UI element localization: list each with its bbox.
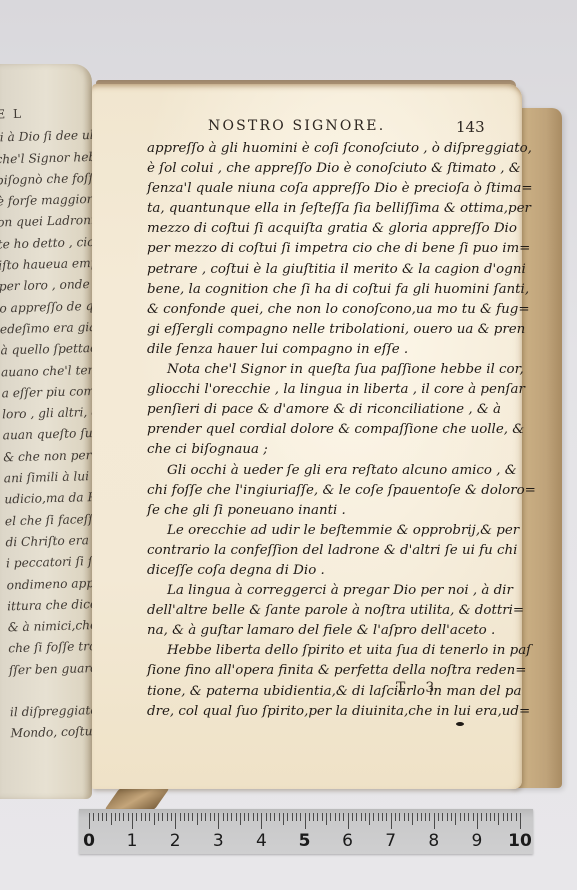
ruler-tick [279, 813, 280, 821]
text-line: è ſol colui , che appreſſo Dio è conoſci… [147, 159, 502, 179]
left-text-line: a eſſer piu compiu= [1, 381, 92, 405]
ruler-tick [296, 813, 297, 821]
ruler-tick [214, 813, 215, 821]
text-line: gi eſſergli compagno nelle tribolationi,… [147, 320, 502, 340]
ruler-tick [326, 813, 327, 825]
ruler-tick [417, 813, 418, 821]
left-text-line: ani ſimili à lui foſſe [4, 466, 92, 490]
text-line: dile ſenza hauer lui compagno in eſſe . [147, 340, 502, 360]
left-text-line: ondimeno appreſſo [6, 572, 92, 596]
ruler-tick [309, 813, 310, 821]
ruler-tick [473, 813, 474, 821]
ruler-label: 4 [256, 831, 267, 851]
ruler-tick [231, 813, 232, 821]
signature-glyph: T [396, 680, 405, 696]
ruler-tick [503, 813, 504, 821]
ruler-tick [223, 813, 224, 821]
ruler-tick [386, 813, 387, 821]
left-text-line: di Chriſto era in= [5, 530, 92, 554]
text-line: Le orecchie ad udir le beſtemmie & oppro… [147, 521, 502, 541]
ruler-tick [218, 813, 219, 829]
ruler-tick [382, 813, 383, 821]
left-text-line: auan queſto ſuo ſe= [2, 423, 92, 447]
right-page-body-text: appreſſo à gli huomini è coſi ſconoſciut… [147, 139, 502, 722]
ruler-tick [442, 813, 443, 821]
ruler-tick [197, 813, 198, 825]
text-line: penſieri di pace & d'amore & di riconcil… [147, 400, 502, 420]
left-text-line: che'l Signor heb [0, 147, 92, 171]
ruler-tick [490, 813, 491, 821]
ruler-tick [498, 813, 499, 825]
ruler-tick [98, 813, 99, 821]
ruler-tick [468, 813, 469, 821]
text-line: na, & à guſtar lamaro del fiele & l'aſpr… [147, 621, 502, 641]
text-line: dre, col qual ſuo ſpirito,per la diuinit… [147, 702, 502, 722]
ruler-tick [175, 813, 176, 829]
left-text-line: i peccatori ſi ſuo= [6, 551, 92, 575]
ruler-tick [180, 813, 181, 821]
ruler-tick [425, 813, 426, 821]
ruler-tick [162, 813, 163, 821]
ruler-tick [412, 813, 413, 825]
ruler-tick [361, 813, 362, 821]
ruler-tick [339, 813, 340, 821]
text-line: per mezzo di coſtui ſi impetra cio che d… [147, 239, 502, 259]
ruler-tick [451, 813, 452, 821]
ruler-tick [283, 813, 284, 825]
ruler-tick [520, 813, 521, 829]
left-text-line: ittura che dice, & [7, 594, 92, 618]
worm-hole-mark [456, 722, 464, 726]
ruler-tick [421, 813, 422, 821]
text-line: petrare , coſtui è la giuſtitia il merit… [147, 260, 502, 280]
ruler-tick [188, 813, 189, 821]
left-page: E L ti à Dio ſi dee ulche'l Signor hebbi… [0, 64, 92, 799]
ruler-label: 2 [170, 831, 181, 851]
ruler-tick [274, 813, 275, 821]
ruler-tick [365, 813, 366, 821]
ruler-tick [154, 813, 155, 825]
left-text-line: o appreſſo de quali [0, 296, 92, 320]
ruler-tick [395, 813, 396, 821]
ruler-tick [343, 813, 344, 821]
ruler-tick [404, 813, 405, 821]
ruler-tick [408, 813, 409, 821]
ruler-tick [305, 813, 306, 829]
ruler-label: 0 [83, 831, 95, 851]
text-line: ſione fino all'opera finita & perfetta d… [147, 661, 502, 681]
ruler-tick [158, 813, 159, 821]
signature-mark: T3 [396, 680, 454, 696]
ruler-tick [356, 813, 357, 821]
ruler-tick [115, 813, 116, 821]
ruler-tick [434, 813, 435, 829]
ruler-tick [89, 813, 90, 829]
ruler-label: 6 [342, 831, 353, 851]
binding-strap [104, 788, 169, 810]
left-page-text: E L ti à Dio ſi dee ulche'l Signor hebbi… [0, 102, 92, 745]
ruler-tick [236, 813, 237, 821]
ruler-tick [399, 813, 400, 821]
ruler-tick [429, 813, 430, 821]
ruler-tick [266, 813, 267, 821]
ruler-tick [227, 813, 228, 821]
ruler-tick [335, 813, 336, 821]
ruler-tick [132, 813, 133, 829]
left-text-line: che ſi foſſe trouato [8, 636, 92, 660]
signature-glyph: 3 [425, 680, 434, 696]
ruler-tick [391, 813, 392, 829]
text-line: Hebbe liberta dello ſpirito et uita ſua … [147, 641, 502, 661]
ruler-tick [481, 813, 482, 821]
book-photograph: E L ti à Dio ſi dee ulche'l Signor hebbi… [0, 0, 577, 890]
text-line: ſe che gli ſi poneuano inanti . [147, 501, 502, 521]
text-line: ſenza'l quale niuna coſa appreſſo Dio è … [147, 179, 502, 199]
text-line: che ci biſognaua ; [147, 440, 502, 460]
text-line: mezzo di coſtui ſi acquiſta gratia & glo… [147, 219, 502, 239]
ruler-tick [111, 813, 112, 825]
left-text-line: & à nimici,che uo= [7, 615, 92, 639]
ruler-tick [141, 813, 142, 821]
ruler-tick [93, 813, 94, 821]
ruler-tick [184, 813, 185, 821]
ruler-tick [447, 813, 448, 821]
ruler-tick [119, 813, 120, 821]
text-line: appreſſo à gli huomini è coſi ſconoſciut… [147, 139, 502, 159]
left-text-line: auano che'l tenean [1, 359, 92, 383]
ruler-tick [378, 813, 379, 821]
ruler-tick [167, 813, 168, 821]
text-line: & confonde quei, che non lo conoſcono,ua… [147, 300, 502, 320]
ruler-tick [257, 813, 258, 821]
ruler-label: 3 [213, 831, 224, 851]
text-line: Gli occhi à ueder ſe gli era reſtato alc… [147, 461, 502, 481]
left-text-line: edeſimo era gia ap [0, 317, 92, 341]
left-text-line: è forſe maggior [0, 189, 92, 213]
page-number: 143 [456, 118, 485, 136]
ruler-label: 5 [299, 831, 311, 851]
left-running-head: E L [0, 102, 91, 126]
ruler-tick [240, 813, 241, 825]
ruler-tick [128, 813, 129, 821]
ruler-tick [494, 813, 495, 821]
ruler-tick [123, 813, 124, 821]
ruler-tick [210, 813, 211, 821]
ruler-tick [300, 813, 301, 821]
ruler-tick [244, 813, 245, 821]
ruler-tick [270, 813, 271, 821]
left-text-line: te ho detto , cioè, [0, 232, 92, 256]
text-line: La lingua à correggerci à pregar Dio per… [147, 581, 502, 601]
ruler-tick [373, 813, 374, 821]
text-line: Nota che'l Signor in queſta ſua paſſione… [147, 360, 502, 380]
ruler-tick [145, 813, 146, 821]
ruler-tick [253, 813, 254, 821]
ruler-tick [511, 813, 512, 821]
ruler-tick [477, 813, 478, 829]
left-text-line: à quello ſpettacolo, [0, 338, 92, 362]
text-line: gliocchi l'orecchie , la lingua in liber… [147, 380, 502, 400]
ruler-tick [348, 813, 349, 829]
ruler-ticks [89, 813, 520, 833]
left-text-line: biſognò che foſſe [0, 168, 92, 192]
left-text-line: ti à Dio ſi dee ul [0, 125, 91, 149]
ruler-tick [352, 813, 353, 821]
ruler-tick [287, 813, 288, 821]
ruler-tick [460, 813, 461, 821]
ruler-tick [486, 813, 487, 821]
left-text-line: el che ſi faceſſe, et [5, 509, 92, 533]
text-line: bene, la cognition che ſi ha di coſtui f… [147, 280, 502, 300]
text-line: dell'altre belle & ſante parole à noſtra… [147, 601, 502, 621]
left-text-line: on quei Ladroni, et [0, 210, 92, 234]
ruler-label: 7 [385, 831, 396, 851]
ruler-tick [292, 813, 293, 821]
ruler-tick [261, 813, 262, 829]
ruler-tick [102, 813, 103, 821]
left-text-line: iſto haueua empiu= [0, 253, 92, 277]
text-line: diceſſe coſa degna di Dio . [147, 561, 502, 581]
ruler-label: 8 [428, 831, 439, 851]
ruler-tick [136, 813, 137, 821]
text-line: chi foſſe che l'ingiuriaſſe, & le coſe ſ… [147, 481, 502, 501]
ruler-tick [330, 813, 331, 821]
left-text-line: loro , gli altri, che [2, 402, 92, 426]
ruler-tick [171, 813, 172, 821]
text-line: ta, quantunque ella in ſeſteſſa ſia bell… [147, 199, 502, 219]
ruler-label: 1 [127, 831, 138, 851]
left-text-line: per loro , onde da [0, 274, 92, 298]
ruler-tick [369, 813, 370, 825]
ruler-tick [455, 813, 456, 825]
running-head-title: NOSTRO SIGNORE. [208, 118, 385, 134]
text-line: prender quel cordial dolore & compaſſion… [147, 420, 502, 440]
ruler-tick [464, 813, 465, 821]
ruler-tick [149, 813, 150, 821]
ruler-tick [507, 813, 508, 821]
left-text-line: il diſpreggiato & [10, 700, 92, 724]
ruler-tick [516, 813, 517, 821]
left-text-line: Mondo, coſtui, che [10, 721, 92, 745]
ruler-label: 10 [508, 831, 532, 851]
left-text-line: & che non per me= [3, 445, 92, 469]
ruler-tick [317, 813, 318, 821]
ruler-label: 9 [471, 831, 482, 851]
ruler-tick [438, 813, 439, 821]
ruler-tick [248, 813, 249, 821]
ruler-tick [201, 813, 202, 821]
text-line: contrario la confeſſion del ladrone & d'… [147, 541, 502, 561]
ruler-tick [313, 813, 314, 821]
left-text-line: udicio,ma da Pila= [4, 487, 92, 511]
ruler-tick [192, 813, 193, 821]
scale-ruler: 012345678910 [79, 809, 533, 854]
left-text-line: ſſer ben guardato [9, 658, 92, 682]
ruler-tick [106, 813, 107, 821]
ruler-tick [205, 813, 206, 821]
ruler-tick [322, 813, 323, 821]
left-text-line [9, 679, 92, 703]
